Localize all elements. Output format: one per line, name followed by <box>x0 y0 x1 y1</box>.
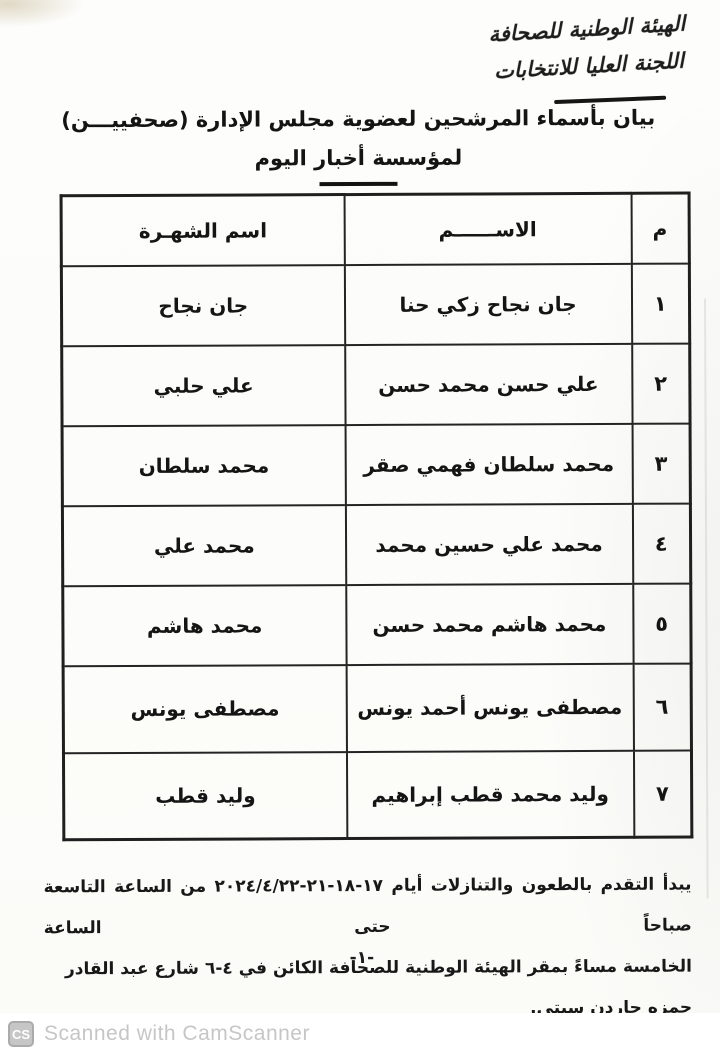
candidate-alias: مصطفى يونس <box>63 665 346 753</box>
candidate-name: وليد محمد قطب إبراهيم <box>346 750 633 838</box>
candidate-name: محمد سلطان فهمي صقر <box>345 423 632 504</box>
handwritten-note: الهيئة الوطنية للصحافة اللجنة العليا للا… <box>476 5 700 91</box>
candidate-alias: محمد سلطان <box>62 425 345 506</box>
candidate-name: محمد هاشم محمد حسن <box>346 583 633 664</box>
camscanner-logo-icon: CS <box>8 1021 34 1047</box>
row-number: ٧ <box>633 750 691 837</box>
candidate-alias: جان نجاح <box>61 265 344 346</box>
title-underline <box>319 182 397 186</box>
candidate-alias: محمد علي <box>62 505 345 586</box>
row-number: ٣ <box>632 423 690 503</box>
document-title-line1: بيان بأسماء المرشحين لعضوية مجلس الإدارة… <box>0 98 718 140</box>
table-row: ٧ وليد محمد قطب إبراهيم وليد قطب <box>63 750 691 840</box>
header-number: م <box>631 193 689 263</box>
row-number: ١ <box>631 263 689 343</box>
camscanner-bar: CS Scanned with CamScanner <box>0 1013 720 1055</box>
candidate-alias: محمد هاشم <box>63 585 346 666</box>
footnote-line1: يبدأ التقدم بالطعون والتنازلات أيام ١٧-١… <box>43 865 691 950</box>
row-number: ٢ <box>632 343 690 423</box>
table-row: ٥ محمد هاشم محمد حسن محمد هاشم <box>63 583 691 666</box>
document-title-line2: لمؤسسة أخبار اليوم <box>0 137 718 179</box>
document-title: بيان بأسماء المرشحين لعضوية مجلس الإدارة… <box>0 98 719 187</box>
scan-edge-artifact <box>704 298 709 898</box>
camscanner-label: Scanned with CamScanner <box>44 1022 310 1046</box>
table-row: ٤ محمد علي حسين محمد محمد علي <box>62 503 690 586</box>
table-row: ٣ محمد سلطان فهمي صقر محمد سلطان <box>62 423 690 506</box>
candidate-name: علي حسن محمد حسن <box>345 343 632 424</box>
candidates-table: م الاســــــم اسم الشهـرة ١ جان نجاح زكي… <box>60 192 694 842</box>
table-row: ١ جان نجاح زكي حنا جان نجاح <box>61 263 689 346</box>
header-alias: اسم الشهـرة <box>61 195 344 266</box>
page-number: -١- <box>2 946 720 969</box>
candidate-alias: علي حلبي <box>62 345 345 426</box>
scanned-document-page: الهيئة الوطنية للصحافة اللجنة العليا للا… <box>0 0 720 1055</box>
footnote-marker: ٭ <box>711 866 720 884</box>
row-number: ٤ <box>632 503 690 583</box>
candidate-alias: وليد قطب <box>63 752 346 840</box>
candidate-name: جان نجاح زكي حنا <box>344 263 631 344</box>
row-number: ٥ <box>633 583 691 663</box>
row-number: ٦ <box>633 663 691 750</box>
table-row: ٦ مصطفى يونس أحمد يونس مصطفى يونس <box>63 663 691 753</box>
scan-content: الهيئة الوطنية للصحافة اللجنة العليا للا… <box>0 0 720 1055</box>
candidate-name: محمد علي حسين محمد <box>345 503 632 584</box>
table-row: ٢ علي حسن محمد حسن علي حلبي <box>62 343 690 426</box>
table-header-row: م الاســــــم اسم الشهـرة <box>61 193 689 266</box>
header-name: الاســــــم <box>344 193 631 264</box>
candidate-name: مصطفى يونس أحمد يونس <box>346 663 633 751</box>
